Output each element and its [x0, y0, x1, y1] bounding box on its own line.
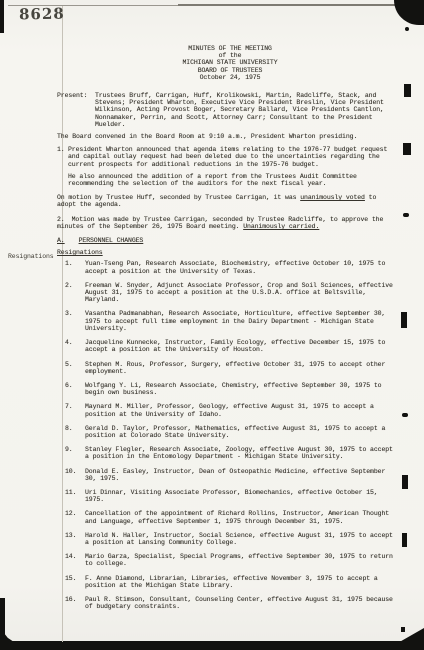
resignation-item: 1.Yuan-Tseng Pan, Research Associate, Bi… — [65, 260, 393, 274]
item-number: 10. — [65, 468, 79, 482]
item-text: Stanley Flegler, Research Associate, Zoo… — [85, 446, 393, 460]
resignation-item: 12.Cancellation of the appointment of Ri… — [65, 510, 393, 524]
scan-artifact — [402, 533, 407, 547]
attendance-text: Trustees Bruff, Carrigan, Huff, Krolikow… — [95, 92, 393, 128]
document-content: MINUTES OF THE MEETING of the MICHIGAN S… — [57, 45, 393, 617]
item-text: Wolfgang Y. Li, Research Associate, Chem… — [85, 382, 393, 396]
motion-text-underlined: unanimously voted — [300, 194, 365, 201]
item-number: 13. — [65, 532, 79, 546]
resignation-item: 2.Freeman W. Snyder, Adjunct Associate P… — [65, 282, 393, 304]
resignation-item: 14.Mario Garza, Specialist, Special Prog… — [65, 553, 393, 567]
item-number: 14. — [65, 553, 79, 567]
item-number: 9. — [65, 446, 79, 460]
section-title: PERSONNEL CHANGES — [79, 237, 144, 244]
item-text: Freeman W. Snyder, Adjunct Associate Pro… — [85, 282, 393, 304]
item-text: Maynard M. Miller, Professor, Geology, e… — [85, 403, 393, 417]
item-number: 6. — [65, 382, 79, 396]
scan-artifact — [401, 312, 407, 328]
scan-artifact — [403, 143, 411, 155]
resignation-item: 10.Donald E. Easley, Instructor, Dean of… — [65, 468, 393, 482]
scan-artifact — [404, 84, 411, 97]
scan-corner-artifact — [394, 0, 424, 25]
item-number: 1. — [65, 260, 79, 274]
handwritten-page-number: 8628 — [19, 5, 65, 24]
item-number: 7. — [65, 403, 79, 417]
resignation-item: 15.F. Anne Diamond, Librarian, Libraries… — [65, 575, 393, 589]
item-number: 8. — [65, 425, 79, 439]
scan-bottom-edge — [0, 641, 424, 650]
item-text: Mario Garza, Specialist, Special Program… — [85, 553, 393, 567]
section-letter: A. — [57, 237, 79, 244]
scan-artifact — [402, 413, 408, 417]
resignation-item: 8.Gerald D. Taylor, Professor, Mathemati… — [65, 425, 393, 439]
resignations-heading: Resignations — [57, 249, 393, 256]
motion-paragraph: On motion by Trustee Huff, seconded by T… — [57, 194, 393, 208]
scan-top-edge-line-dark — [178, 4, 424, 6]
scan-artifact — [403, 213, 409, 217]
agenda-item-1-addendum: He also announced the addition of a repo… — [68, 173, 393, 187]
item-number: 2. — [65, 282, 79, 304]
item-text: Cancellation of the appointment of Richa… — [85, 510, 393, 524]
item-text: F. Anne Diamond, Librarian, Libraries, e… — [85, 575, 393, 589]
agenda-item-2: 2.Motion was made by Trustee Carrigan, s… — [57, 216, 393, 230]
resignation-item: 13.Harold N. Haller, Instructor, Social … — [65, 532, 393, 546]
item-number: 11. — [65, 489, 79, 503]
resignation-item: 11.Uri Dinnar, Visiting Associate Profes… — [65, 489, 393, 503]
item-text: Gerald D. Taylor, Professor, Mathematics… — [85, 425, 393, 439]
agenda-item-1-text: President Wharton announced that agenda … — [68, 146, 393, 168]
resignation-item: 7.Maynard M. Miller, Professor, Geology,… — [65, 403, 393, 417]
item-text: Jacqueline Kunnecke, Instructor, Family … — [85, 339, 393, 353]
attendance-label: Present: — [57, 92, 95, 128]
item-text: Uri Dinnar, Visiting Associate Professor… — [85, 489, 393, 503]
attendance-paragraph: Present: Trustees Bruff, Carrigan, Huff,… — [57, 92, 393, 128]
item-number: 5. — [65, 361, 79, 375]
resignation-item: 3.Vasantha Padmanabhan, Research Associa… — [65, 310, 393, 332]
agenda-item-2-underlined: Unanimously carried. — [243, 223, 319, 230]
resignation-item: 4.Jacqueline Kunnecke, Instructor, Famil… — [65, 339, 393, 353]
section-heading-personnel-changes: A.PERSONNEL CHANGES — [57, 237, 393, 244]
scan-artifact — [402, 475, 408, 489]
item-text: Donald E. Easley, Instructor, Dean of Os… — [85, 468, 393, 482]
item-number: 12. — [65, 510, 79, 524]
scan-artifact — [405, 27, 409, 31]
item-number: 4. — [65, 339, 79, 353]
document-title-block: MINUTES OF THE MEETING of the MICHIGAN S… — [57, 45, 393, 81]
resignation-item: 9.Stanley Flegler, Research Associate, Z… — [65, 446, 393, 460]
margin-label-resignations: Resignations — [8, 253, 54, 260]
item-number: 15. — [65, 575, 79, 589]
item-text: Vasantha Padmanabhan, Research Associate… — [85, 310, 393, 332]
scan-artifact — [0, 0, 4, 33]
agenda-item-2-number: 2. — [57, 216, 72, 223]
item-text: Harold N. Haller, Instructor, Social Sci… — [85, 532, 393, 546]
agenda-item-1-number: 1. — [57, 146, 68, 168]
item-text: Yuan-Tseng Pan, Research Associate, Bioc… — [85, 260, 393, 274]
title-line-5: October 24, 1975 — [67, 74, 393, 81]
item-number: 16. — [65, 596, 79, 610]
item-text: Stephen M. Rous, Professor, Surgery, eff… — [85, 361, 393, 375]
title-line-3: MICHIGAN STATE UNIVERSITY — [67, 59, 393, 66]
item-number: 3. — [65, 310, 79, 332]
resignation-item: 5.Stephen M. Rous, Professor, Surgery, e… — [65, 361, 393, 375]
scan-artifact — [401, 627, 405, 632]
resignation-item: 16.Paul R. Stimson, Consultant, Counseli… — [65, 596, 393, 610]
resignation-item: 6.Wolfgang Y. Li, Research Associate, Ch… — [65, 382, 393, 396]
resignations-list: 1.Yuan-Tseng Pan, Research Associate, Bi… — [57, 260, 393, 610]
item-text: Paul R. Stimson, Consultant, Counseling … — [85, 596, 393, 610]
agenda-item-1: 1. President Wharton announced that agen… — [57, 146, 393, 168]
agenda-item-2-text: Motion was made by Trustee Carrigan, sec… — [57, 216, 383, 230]
title-line-4: BOARD OF TRUSTEES — [67, 67, 393, 74]
document-page: 8628 Resignations MINUTES OF THE MEETING… — [0, 0, 424, 650]
convened-paragraph: The Board convened in the Board Room at … — [57, 133, 393, 140]
